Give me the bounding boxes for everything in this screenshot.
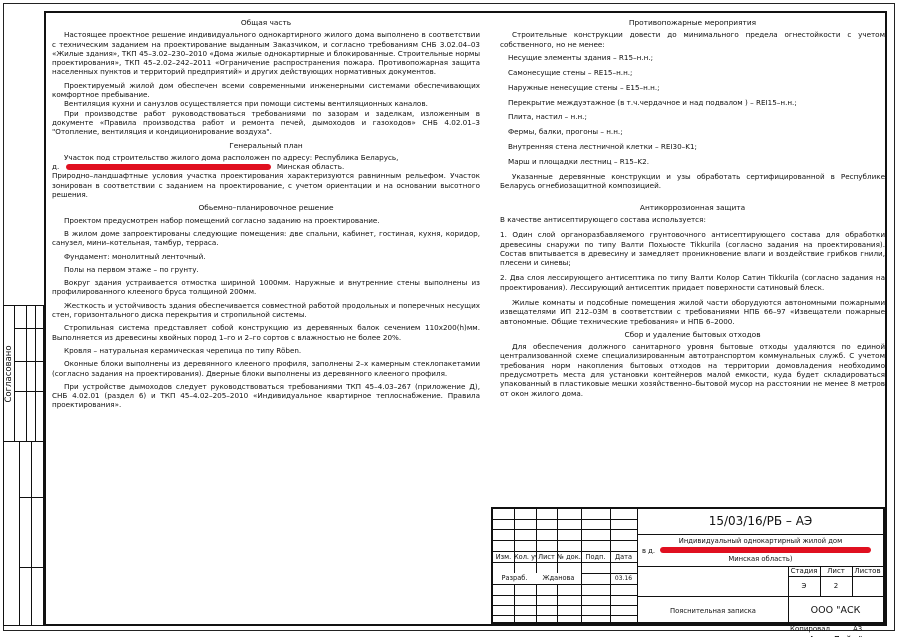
paragraph: Оконные блоки выполнены из деревянного к…: [52, 359, 480, 378]
right-column: Противопожарные мероприятия Строительные…: [500, 14, 885, 402]
divider: [15, 391, 43, 392]
paragraph: При устройстве дымоходов следует руковод…: [52, 382, 480, 410]
divider: [493, 595, 637, 596]
section-heading-waste: Сбор и удаление бытовых отходов: [500, 330, 885, 339]
section-heading-anticorrosion: Антикоррозионная защита: [500, 203, 885, 212]
paragraph: Фундамент: монолитный ленточный.: [52, 252, 480, 261]
copied-label: Копировал: [790, 625, 830, 633]
redaction-mark: [660, 547, 871, 553]
paragraph: Строительные конструкции довести до мини…: [500, 30, 885, 49]
section-heading-volume-planning: Обьемно–планировочное решение: [52, 203, 480, 212]
sheets-value: [852, 576, 883, 596]
address-line: д. Минская область.: [52, 162, 480, 171]
divider: [35, 306, 36, 441]
header-change: Изм.: [493, 552, 514, 562]
address-paragraph: Участок под строительство жилого дома ра…: [52, 153, 480, 162]
section-heading-site-plan: Генеральный план: [52, 141, 480, 150]
paragraph: В качестве антисептирующего состава испо…: [500, 215, 885, 224]
fire-rating-item: Плита, настил – н.н.;: [500, 112, 885, 121]
paragraph: Стропильная система представляет собой к…: [52, 323, 480, 342]
paragraph: Полы на первом этаже – по грунту.: [52, 265, 480, 274]
drawing-name-cell: [638, 566, 789, 597]
format-label: А3: [853, 625, 862, 633]
divider: [493, 605, 637, 606]
sheets-header: Листов: [852, 566, 883, 576]
title-block-main: 15/03/16/РБ – АЭ Индивидуальный однокарт…: [637, 509, 883, 622]
paragraph: Кровля – натуральная керамическая черепи…: [52, 346, 480, 355]
company-name: ООО "АСК АрхиЛайн": [788, 596, 883, 622]
developer-name: Жданова: [536, 573, 581, 584]
divider: [493, 519, 637, 520]
stage-header: Стадия: [788, 566, 820, 576]
paragraph: Жесткость и устойчивость здания обеспечи…: [52, 301, 480, 320]
redaction-mark: [66, 164, 271, 170]
divider: [19, 567, 43, 568]
fire-rating-item: Перекрытие междуэтажное (в т.ч.чердачное…: [500, 98, 885, 107]
fire-rating-item: Внутренняя стена лестничной клетки – REI…: [500, 142, 885, 151]
fire-rating-item: Несущие элементы здания – R15–н.н.;: [500, 53, 885, 62]
fire-rating-item: Фермы, балки, прогоны – н.н.;: [500, 127, 885, 136]
divider: [493, 529, 637, 530]
sheet-value: 2: [820, 576, 852, 596]
header-sheet: Лист: [536, 552, 557, 562]
divider: [493, 540, 637, 541]
stage-value: Э: [788, 576, 820, 596]
object-name: Индивидуальный однокартирный жилой дом в…: [638, 534, 883, 567]
header-signature: Подп.: [581, 552, 610, 562]
address-suffix: Минская область.: [277, 162, 344, 171]
divider: [31, 442, 32, 625]
section-heading-general: Общая часть: [52, 18, 480, 27]
paragraph: Настоящее проектное решение индивидуальн…: [52, 30, 480, 76]
header-doc-number: № док.: [557, 552, 581, 562]
address-prefix: д.: [52, 162, 59, 171]
fire-rating-item: Марш и площадки лестниц – R15–K2.: [500, 157, 885, 166]
paragraph: В жилом доме запроектированы следующие п…: [52, 229, 480, 248]
paragraph: Жилые комнаты и подсобные помещения жило…: [500, 298, 885, 326]
document-code: 15/03/16/РБ – АЭ: [638, 509, 883, 535]
header-count: Кол. уч: [514, 552, 536, 562]
paragraph: При производстве работ руководствоваться…: [52, 109, 480, 137]
divider: [15, 361, 43, 362]
object-region: Минская область): [638, 555, 883, 563]
agreement-box: Согласовано: [3, 305, 44, 442]
stage-table: Стадия Лист Листов Э 2: [788, 566, 883, 597]
fire-rating-item: Самонесущие стены – RE15–н.н.;: [500, 68, 885, 77]
antiseptic-item: 1. Один слой органоразбавляемого грунтов…: [500, 230, 885, 267]
agreement-label: Согласовано: [4, 345, 14, 402]
paragraph: Проектом предусмотрен набор помещений со…: [52, 216, 480, 225]
document-title: Пояснительная записка: [638, 596, 789, 622]
left-column: Общая часть Настоящее проектное решение …: [52, 14, 480, 414]
divider: [15, 328, 43, 329]
paragraph: Вентиляция кухни и санузлов осуществляет…: [52, 99, 480, 108]
divider: [493, 562, 637, 563]
title-block: Изм. Кол. уч Лист № док. Подп. Дата Разр…: [491, 507, 885, 624]
inventory-box: [3, 442, 44, 626]
address-intro: Участок под строительство жилого дома ра…: [64, 153, 398, 162]
divider: [19, 497, 43, 498]
section-heading-fire-safety: Противопожарные мероприятия: [500, 18, 885, 27]
divider: [493, 615, 637, 616]
paragraph: Проектируемый жилой дом обеспечен всеми …: [52, 81, 480, 100]
header-date: Дата: [610, 552, 637, 562]
developer-date: 03.16: [610, 573, 637, 584]
divider: [26, 306, 27, 441]
paragraph: Указанные деревянные конструкции и узы о…: [500, 172, 885, 191]
antiseptic-item: 2. Два слоя лессирующего антисептика по …: [500, 273, 885, 292]
divider: [493, 584, 637, 585]
sheet-header: Лист: [820, 566, 852, 576]
paragraph: Вокруг здания устраивается отмостка шири…: [52, 278, 480, 297]
paragraph: Для обеспечения должного санитарного уро…: [500, 342, 885, 398]
developer-role: Разраб.: [493, 573, 536, 584]
agreement-label-cell: Согласовано: [4, 306, 15, 441]
paragraph: Природно–ландшафтные условия участка про…: [52, 171, 480, 199]
object-name-line: Индивидуальный однокартирный жилой дом: [638, 537, 883, 545]
fire-rating-item: Наружные ненесущие стены – E15–н.н.;: [500, 83, 885, 92]
divider: [19, 442, 20, 625]
revision-table: Изм. Кол. уч Лист № док. Подп. Дата Разр…: [493, 509, 637, 622]
object-location-prefix: в д.: [642, 547, 655, 555]
